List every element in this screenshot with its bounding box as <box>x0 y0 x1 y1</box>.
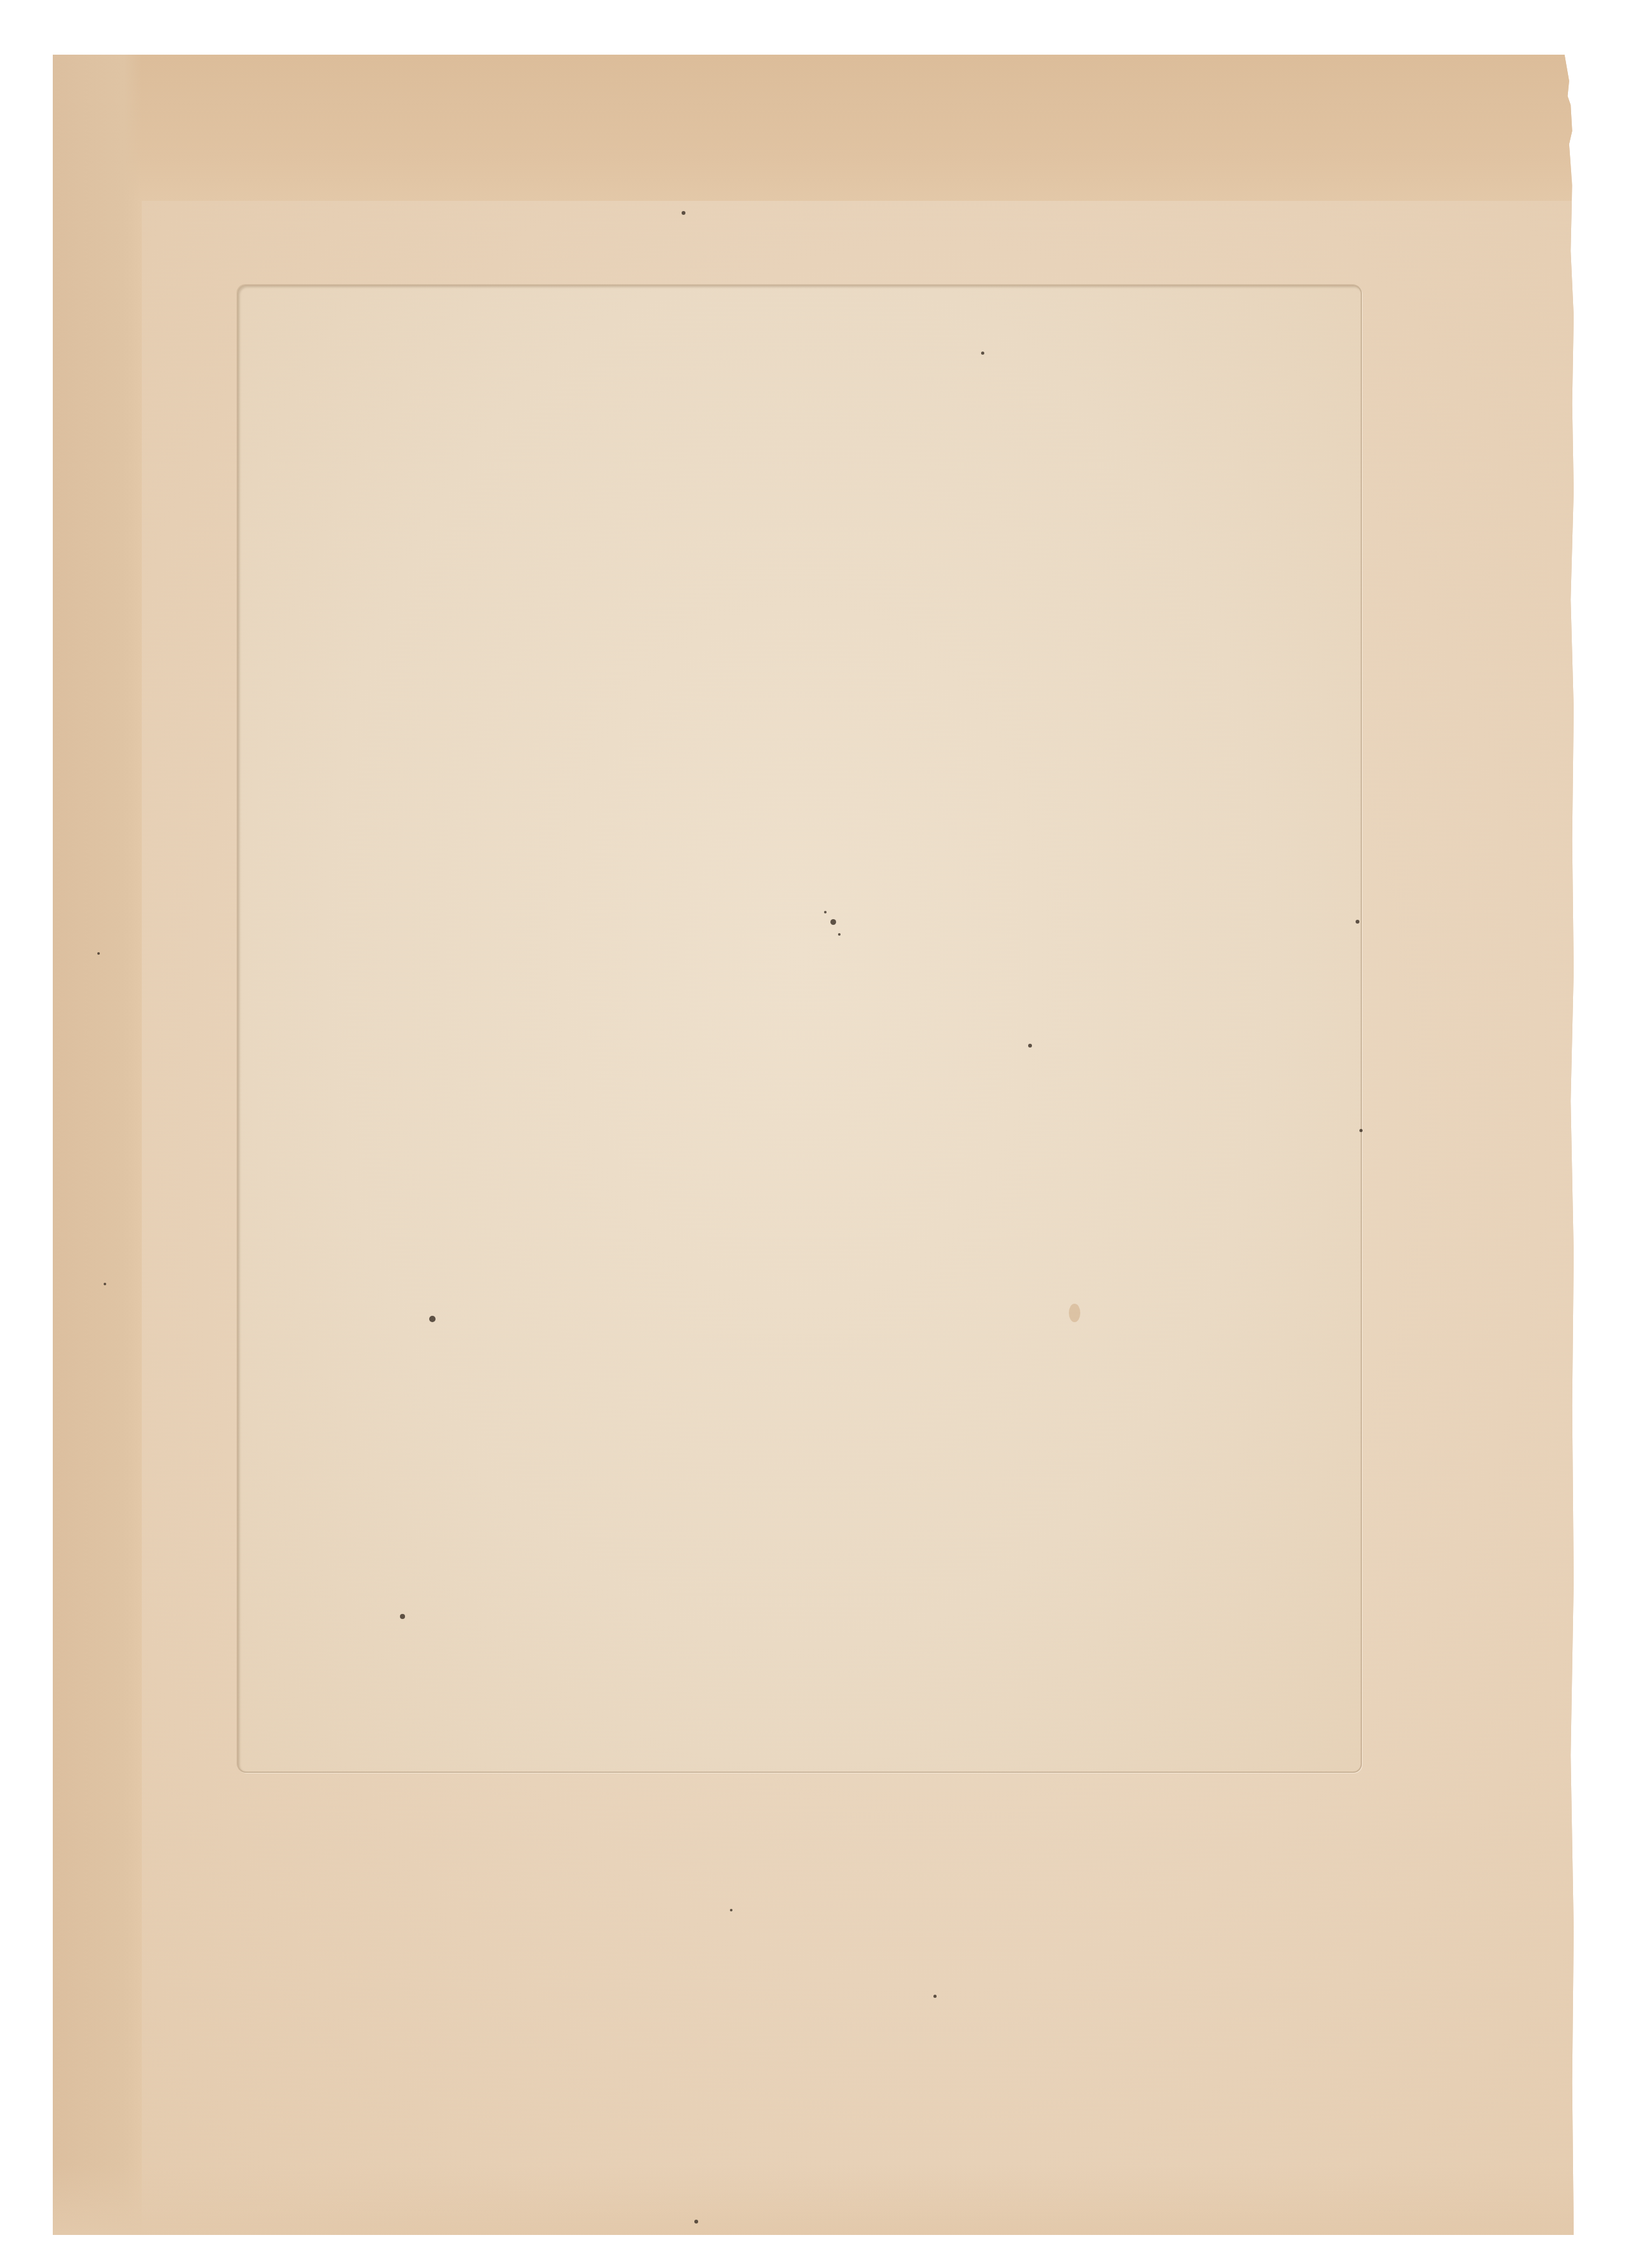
speck-mark <box>981 352 984 355</box>
stain-mark <box>1069 1304 1080 1322</box>
paper-sheet <box>53 55 1574 2235</box>
speck-mark <box>1356 920 1359 924</box>
speck-mark <box>933 1995 937 1998</box>
speck-mark <box>838 933 841 936</box>
speck-mark <box>97 952 100 955</box>
speck-mark <box>429 1316 436 1322</box>
speck-mark <box>694 2220 698 2224</box>
speck-mark <box>400 1614 405 1619</box>
speck-mark <box>1028 1044 1032 1048</box>
toned-left-margin <box>53 55 142 2235</box>
debossed-plate-mark <box>237 285 1362 1773</box>
toned-top-margin <box>53 55 1574 201</box>
scan-canvas <box>0 0 1636 2268</box>
speck-mark <box>682 211 685 215</box>
speck-mark <box>824 911 827 913</box>
torn-corner-shadow <box>1570 55 1574 80</box>
speck-mark <box>1359 1129 1363 1132</box>
speck-mark <box>830 919 836 925</box>
speck-mark <box>104 1283 106 1285</box>
speck-mark <box>730 1909 732 1911</box>
toned-bottom-margin <box>53 2165 1574 2235</box>
